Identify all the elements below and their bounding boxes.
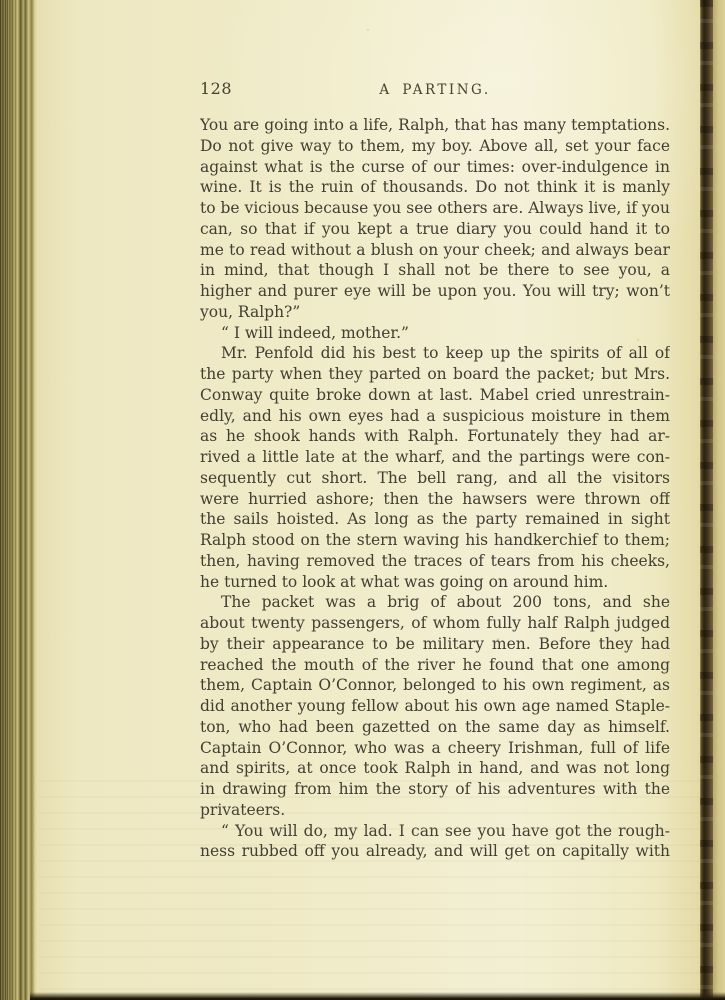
text-line: ness rubbed off you already, and will ge… (200, 841, 670, 862)
text-line: as he shook hands with Ralph. Fortunatel… (200, 426, 670, 447)
text-line: and spirits, at once took Ralph in hand,… (200, 758, 670, 779)
bottom-page-edge (30, 992, 725, 1000)
page-surface: 128 A PARTING. You are going into a life… (38, 0, 700, 1000)
text-line: the party when they parted on board the … (200, 364, 670, 385)
text-line: higher and purer eye will be upon you. Y… (200, 281, 670, 302)
text-line: rived a little late at the wharf, and th… (200, 447, 670, 468)
text-line: them, Captain O’Connor, belonged to his … (200, 675, 670, 696)
text-line: The packet was a brig of about 200 tons,… (200, 592, 670, 613)
text-line: did another young fellow about his own a… (200, 696, 670, 717)
text-line: me to read without a blush on your cheek… (200, 240, 670, 261)
text-line: by their appearance to be military men. … (200, 634, 670, 655)
text-line: ton, who had been gazetted on the same d… (200, 717, 670, 738)
text-line: edly, and his own eyes had a suspicious … (200, 406, 670, 427)
text-line: to be vicious because you see others are… (200, 198, 670, 219)
text-line: in drawing from him the story of his adv… (200, 779, 670, 800)
book-fore-edge (700, 0, 713, 1000)
page-body: You are going into a life, Ralph, that h… (200, 115, 670, 862)
text-line: you, Ralph?” (200, 302, 670, 323)
binding-gutter-edge (0, 0, 38, 1000)
outer-page-edge (713, 0, 725, 1000)
text-line: in mind, that though I shall not be ther… (200, 260, 670, 281)
text-line: wine. It is the ruin of thousands. Do no… (200, 177, 670, 198)
text-line: against what is the curse of our times: … (200, 157, 670, 178)
text-line: sequently cut short. The bell rang, and … (200, 468, 670, 489)
scanned-book-page: 128 A PARTING. You are going into a life… (0, 0, 725, 1000)
text-line: were hurried ashore; then the hawsers we… (200, 489, 670, 510)
text-line: can, so that if you kept a true diary yo… (200, 219, 670, 240)
text-line: the sails hoisted. As long as the party … (200, 509, 670, 530)
text-line: You are going into a life, Ralph, that h… (200, 115, 670, 136)
text-line: Mr. Penfold did his best to keep up the … (200, 343, 670, 364)
text-line: privateers. (200, 800, 670, 821)
text-line: Ralph stood on the stern waving his hand… (200, 530, 670, 551)
text-line: about twenty passengers, of whom fully h… (200, 613, 670, 634)
text-line: he turned to look at what was going on a… (200, 572, 670, 593)
running-title: A PARTING. (200, 82, 670, 98)
text-line: Conway quite broke down at last. Mabel c… (200, 385, 670, 406)
text-line: reached the mouth of the river he found … (200, 655, 670, 676)
text-line: “ You will do, my lad. I can see you hav… (200, 821, 670, 842)
text-line: Do not give way to them, my boy. Above a… (200, 136, 670, 157)
text-line: then, having removed the traces of tears… (200, 551, 670, 572)
text-line: Captain O’Connor, who was a cheery Irish… (200, 738, 670, 759)
text-line: “ I will indeed, mother.” (200, 323, 670, 344)
